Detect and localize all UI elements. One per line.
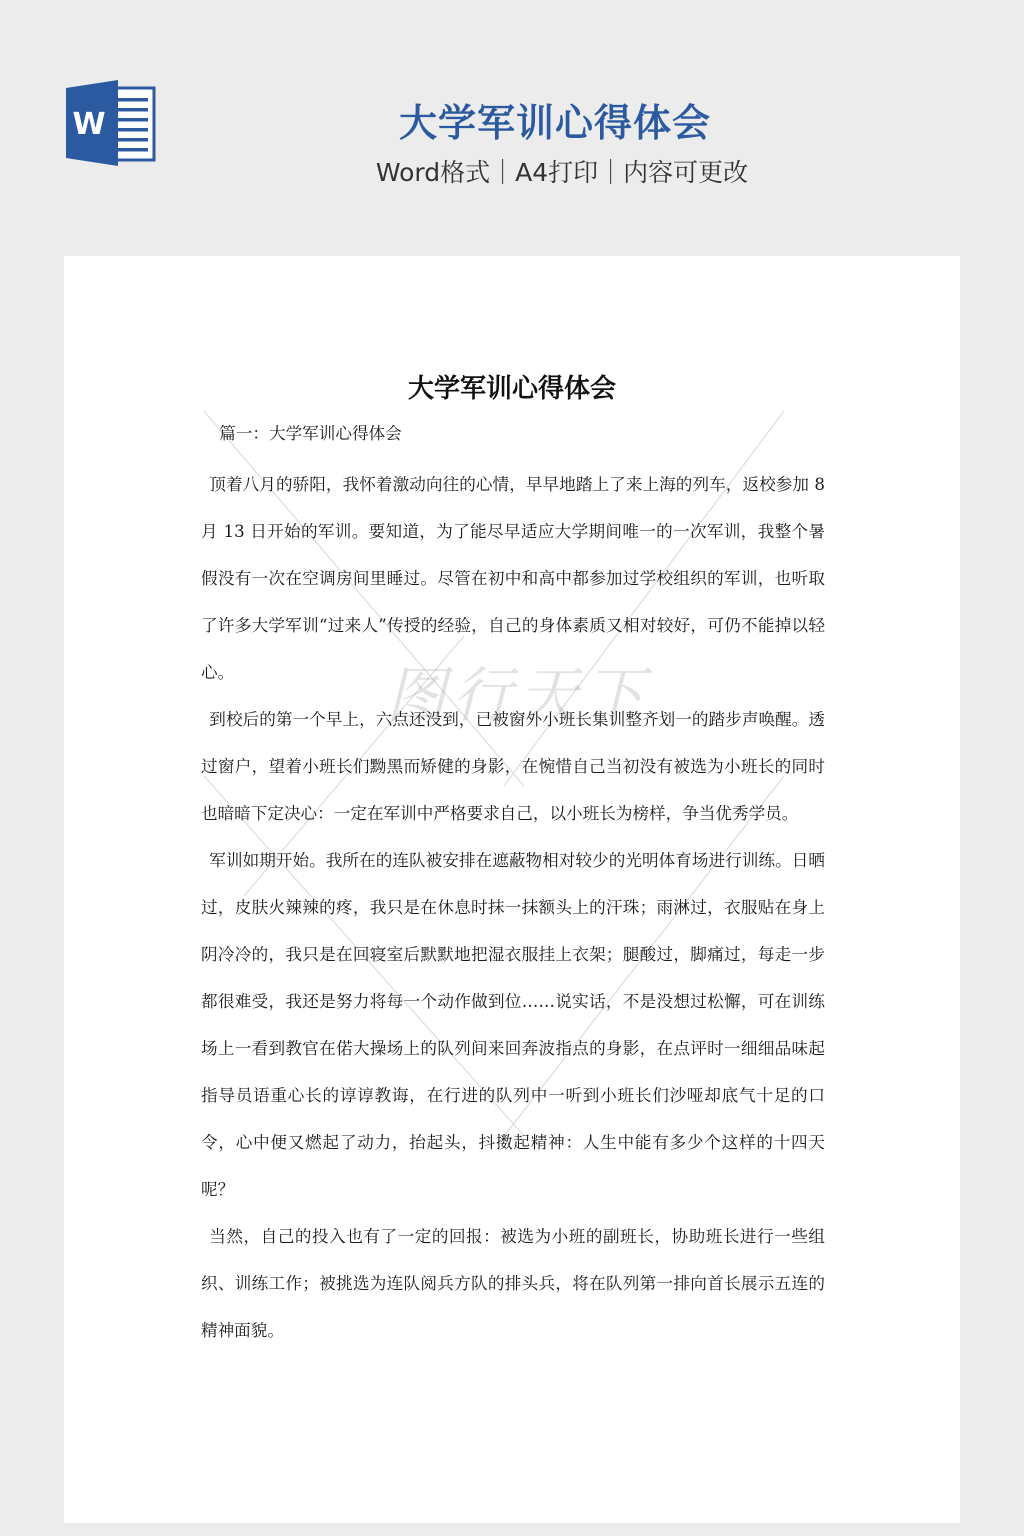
banner-title: 大学军训心得体会 [0, 92, 1024, 147]
paragraph-4: 当然，自己的投入也有了一定的回报：被选为小班的副班长，协助班长进行一些组织、训练… [201, 1213, 825, 1354]
paragraph-3: 军训如期开始。我所在的连队被安排在遮蔽物相对较少的光明体育场进行训练。日晒过，皮… [201, 837, 825, 1213]
document-title: 大学军训心得体会 [64, 368, 960, 405]
paragraph-2: 到校后的第一个早上，六点还没到，已被窗外小班长集训整齐划一的踏步声唤醒。透过窗户… [201, 696, 825, 837]
document-page: 图行天下 大学军训心得体会 篇一：大学军训心得体会 顶着八月的骄阳，我怀着激动向… [64, 256, 960, 1523]
document-body: 篇一：大学军训心得体会 顶着八月的骄阳，我怀着激动向往的心情，早早地踏上了来上海… [201, 414, 825, 1354]
paragraph-1: 顶着八月的骄阳，我怀着激动向往的心情，早早地踏上了来上海的列车，返校参加 8 月… [201, 461, 825, 696]
section-heading: 篇一：大学军训心得体会 [201, 414, 825, 454]
banner-subtitle: Word格式｜A4打印｜内容可更改 [0, 153, 1024, 189]
